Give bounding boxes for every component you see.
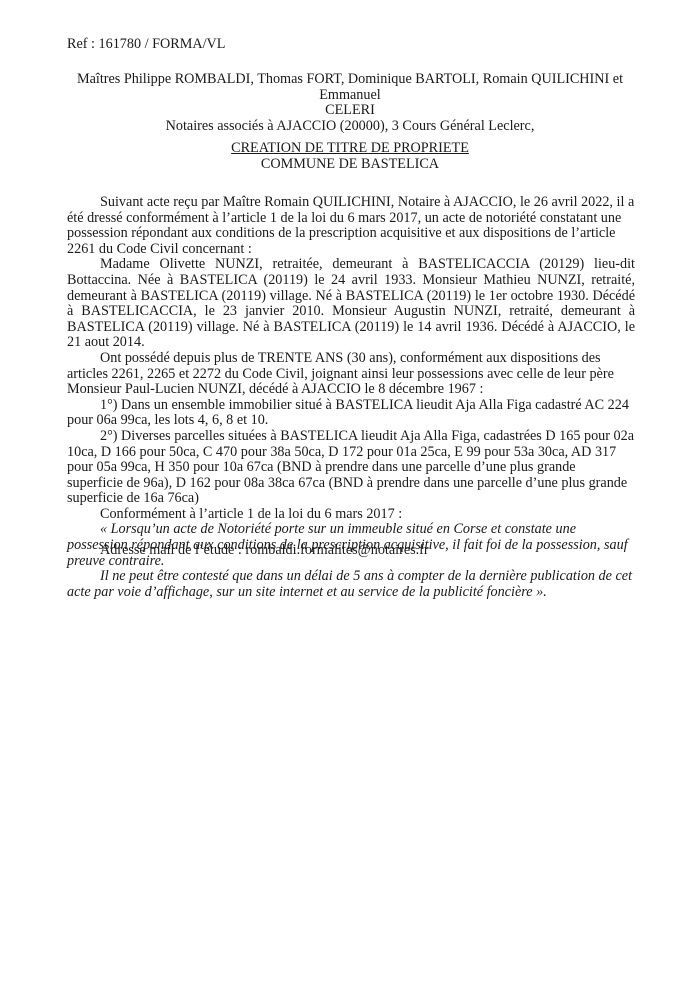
document-page: Ref : 161780 / FORMA/VL Maîtres Philippe… [0, 0, 699, 989]
paragraph-possession: Ont possédé depuis plus de TRENTE ANS (3… [67, 351, 635, 398]
paragraph-conformement: Conformément à l’article 1 de la loi du … [67, 507, 635, 523]
paragraph-quote-2: Il ne peut être contesté que dans un dél… [67, 569, 635, 600]
document-title-block: CREATION DE TITRE DE PROPRIETE COMMUNE D… [60, 141, 640, 172]
document-body: Suivant acte reçu par Maître Romain QUIL… [67, 195, 635, 600]
document-title: CREATION DE TITRE DE PROPRIETE [231, 140, 469, 156]
paragraph-persons: Madame Olivette NUNZI, retraitée, demeur… [67, 257, 635, 351]
notaries-header: Maîtres Philippe ROMBALDI, Thomas FORT, … [60, 72, 640, 134]
notaries-names-line2: CELERI [60, 103, 640, 119]
paragraph-item-1: 1°) Dans un ensemble immobilier situé à … [67, 398, 635, 429]
paragraph-item-2: 2°) Diverses parcelles situées à BASTELI… [67, 429, 635, 507]
reference-number: Ref : 161780 / FORMA/VL [67, 37, 225, 53]
notaries-address: Notaires associés à AJACCIO (20000), 3 C… [60, 119, 640, 135]
notaries-names-line1: Maîtres Philippe ROMBALDI, Thomas FORT, … [60, 72, 640, 103]
document-subtitle: COMMUNE DE BASTELICA [60, 157, 640, 173]
email-address-line: Adresse mail de l’étude : rombaldi.forma… [100, 543, 429, 559]
paragraph-intro: Suivant acte reçu par Maître Romain QUIL… [67, 195, 635, 257]
